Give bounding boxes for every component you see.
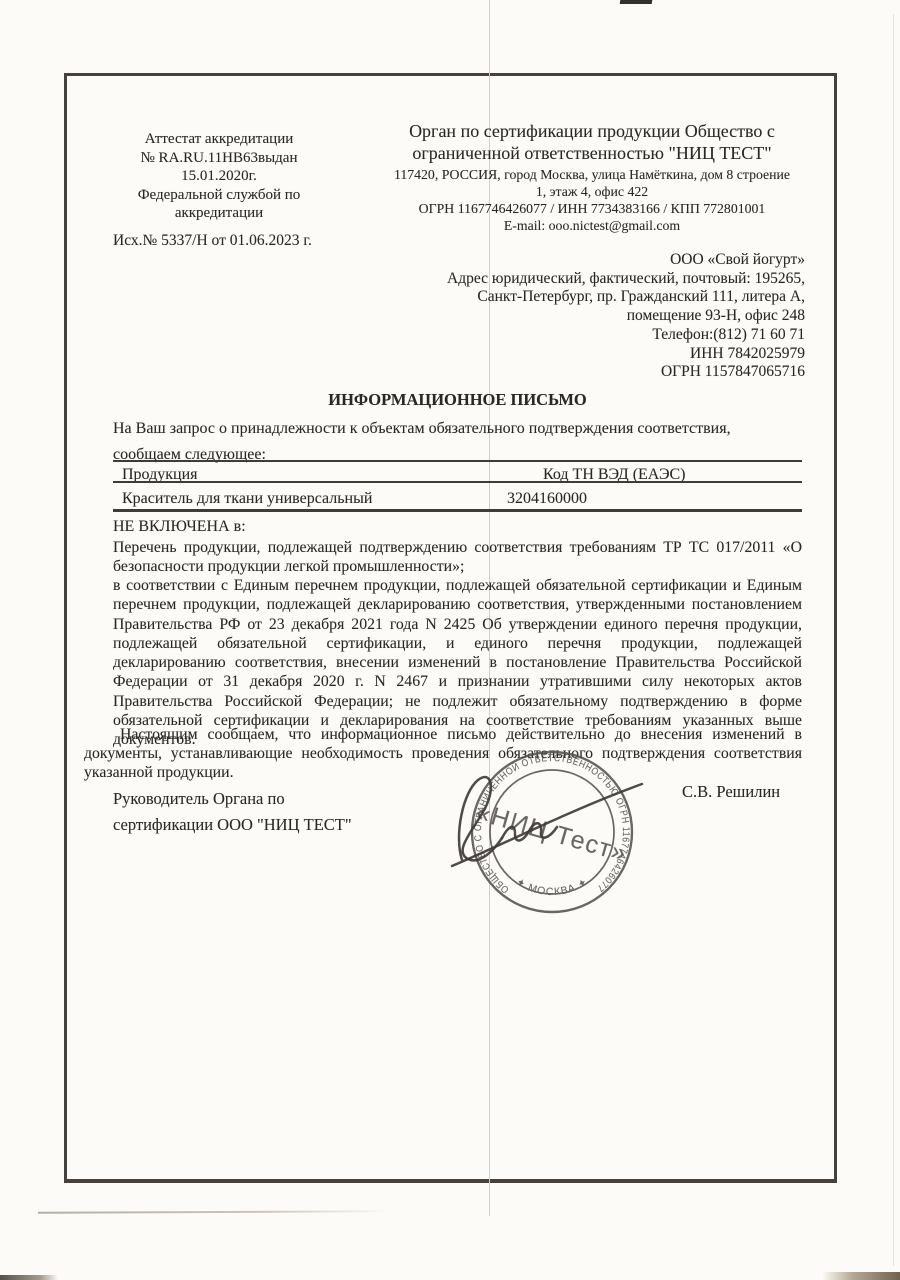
handwritten-signature	[430, 740, 660, 880]
recipient-address-line: Адрес юридический, фактический, почтовый…	[380, 270, 805, 289]
org-title-line1: Орган по сертификации продукции Общество…	[374, 121, 810, 143]
letter-title: ИНФОРМАЦИОННОЕ ПИСЬМО	[113, 390, 802, 410]
product-table: Продукция Код ТН ВЭД (ЕАЭС) Краситель дл…	[113, 460, 802, 512]
intro-line1: На Ваш запрос о принадлежности к объекта…	[113, 416, 802, 442]
accreditation-line: 15.01.2020г.	[114, 167, 324, 186]
recipient-block: ООО «Свой йогурт» Адрес юридический, фак…	[380, 251, 805, 382]
signatory-name: С.В. Решилин	[682, 782, 780, 802]
org-title-line2: ограниченной ответственностью "НИЦ ТЕСТ"	[374, 143, 810, 165]
accreditation-line: Аттестат аккредитации	[114, 130, 324, 149]
outgoing-reference: Исх.№ 5337/Н от 01.06.2023 г.	[113, 232, 312, 250]
table-row: Краситель для ткани универсальный 320416…	[113, 481, 802, 512]
body-paragraph-2: в соответствии с Единым перечнем продукц…	[113, 576, 802, 750]
org-address-line: 117420, РОССИЯ, город Москва, улица Намё…	[374, 166, 810, 183]
accreditation-block: Аттестат аккредитации № RA.RU.11НВ63выда…	[114, 130, 324, 223]
org-address-line: 1, этаж 4, офис 422	[374, 183, 810, 200]
body-paragraph-1: Перечень продукции, подлежащей подтвержд…	[113, 538, 802, 577]
accreditation-line: аккредитации	[114, 204, 324, 223]
signatory-position: Руководитель Органа по сертификации ООО …	[113, 786, 352, 838]
accreditation-line: № RA.RU.11НВ63выдан	[114, 149, 324, 168]
org-title: Орган по сертификации продукции Общество…	[374, 121, 810, 165]
scan-artifact-corner-left	[0, 1275, 58, 1280]
scan-artifact-smudge	[38, 1210, 390, 1214]
recipient-ogrn: ОГРН 1157847065716	[380, 363, 805, 382]
product-table-header-row: Продукция Код ТН ВЭД (ЕАЭС)	[113, 460, 802, 481]
scanned-letter-page: Аттестат аккредитации № RA.RU.11НВ63выда…	[0, 0, 900, 1280]
recipient-phone: Телефон:(812) 71 60 71	[380, 326, 805, 345]
accreditation-line: Федеральной службой по	[114, 186, 324, 205]
recipient-inn: ИНН 7842025979	[380, 345, 805, 364]
org-address: 117420, РОССИЯ, город Москва, улица Намё…	[374, 166, 810, 235]
cell-product-name: Краситель для ткани универсальный	[122, 490, 372, 508]
certification-body-letterhead: Орган по сертификации продукции Общество…	[374, 121, 810, 234]
org-email-line: E-mail: ooo.nictest@gmail.com	[374, 217, 810, 234]
recipient-address-line: Санкт-Петербург, пр. Гражданский 111, ли…	[380, 288, 805, 307]
signatory-position-line2: сертификации ООО "НИЦ ТЕСТ"	[113, 812, 352, 838]
recipient-name: ООО «Свой йогурт»	[380, 251, 805, 270]
recipient-address-line: помещение 93-Н, офис 248	[380, 307, 805, 326]
scan-page-edge	[893, 14, 894, 1266]
not-included-heading: НЕ ВКЛЮЧЕНА в:	[113, 518, 246, 536]
signatory-position-line1: Руководитель Органа по	[113, 786, 352, 812]
scan-artifact-corner-right	[822, 1272, 900, 1280]
org-address-line: ОГРН 1167746426077 / ИНН 7734383166 / КП…	[374, 200, 810, 217]
cell-tnved-code: 3204160000	[507, 490, 587, 508]
scan-artifact-top	[620, 0, 653, 4]
